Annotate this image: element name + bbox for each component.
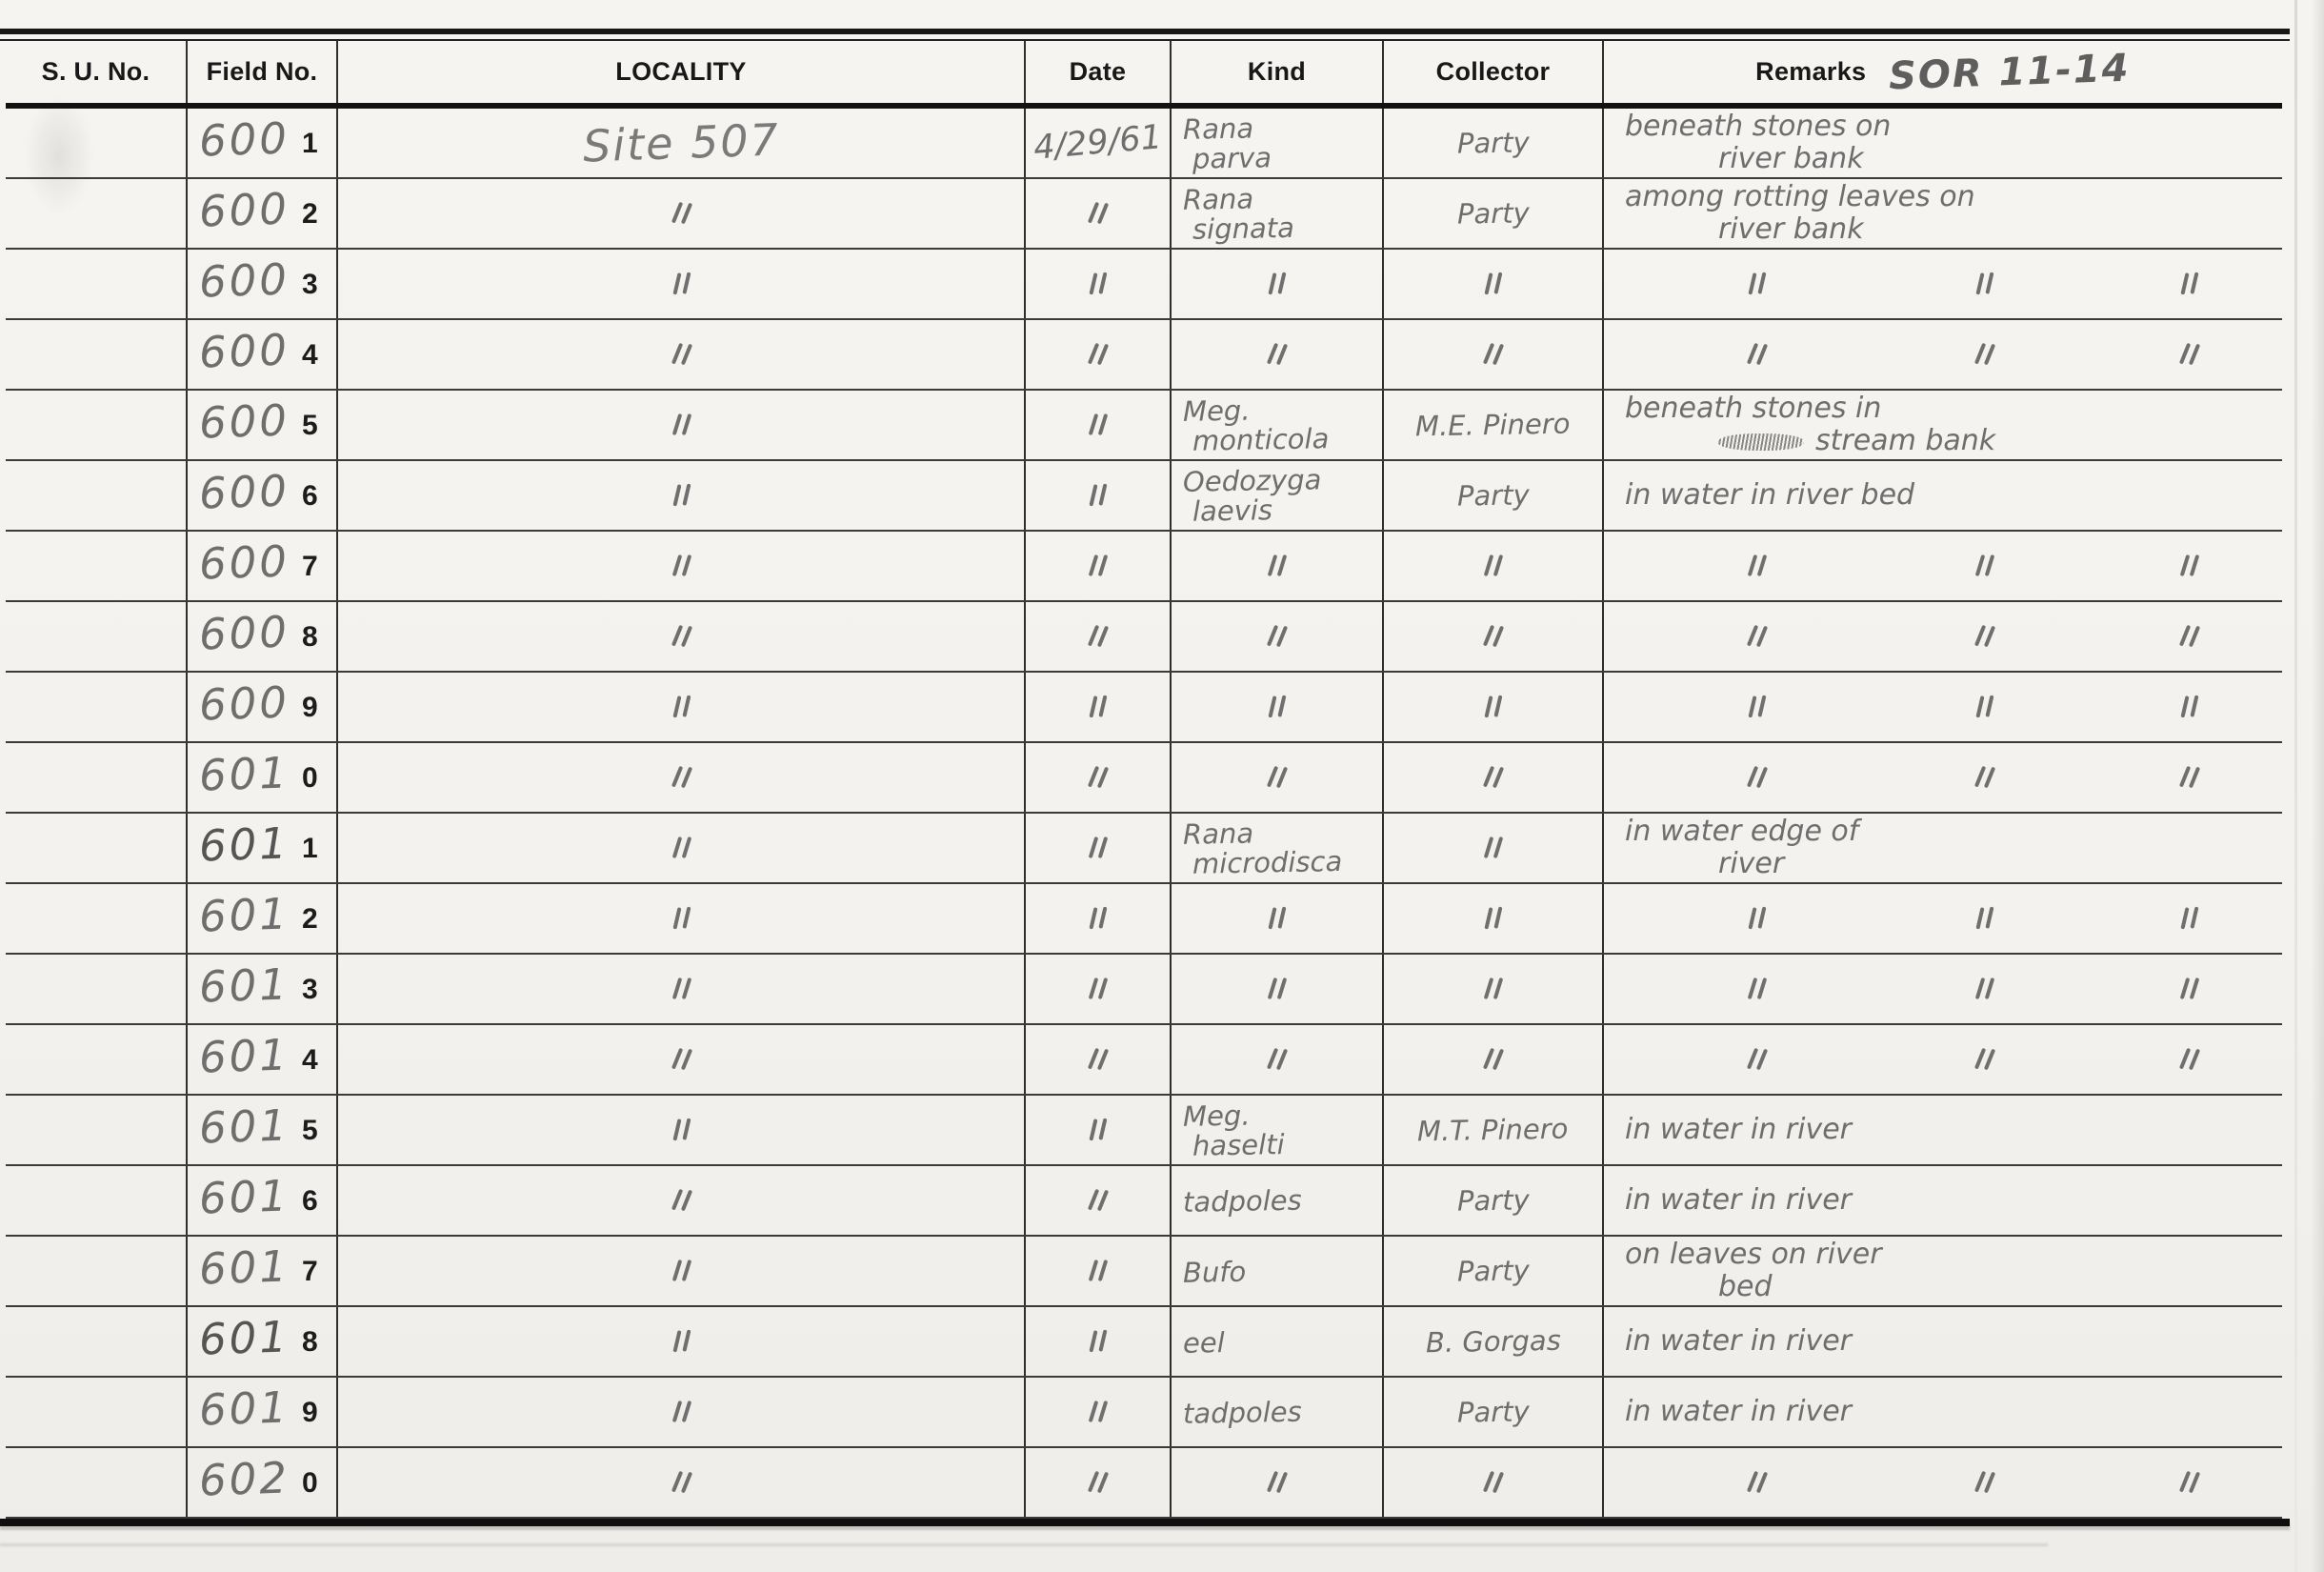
cell-kind <box>1172 320 1384 389</box>
ditto-mark <box>1974 623 1993 649</box>
cell-su-no <box>6 320 188 389</box>
field-number-printed-digit: 4 <box>302 1044 318 1077</box>
cell-date <box>1026 955 1172 1023</box>
ditto-mark <box>1089 764 1107 790</box>
field-number-printed-digit: 1 <box>302 833 318 865</box>
cell-kind <box>1172 1025 1384 1094</box>
cell-collector <box>1384 532 1604 600</box>
kind-entry-line: haselti <box>1192 1128 1383 1160</box>
ditto-mark <box>1089 1117 1107 1142</box>
catalog-table: S. U. No. Field No. LOCALITY Date Kind C… <box>6 41 2282 1526</box>
field-number-printed-digit: 3 <box>302 974 318 1006</box>
cell-su-no <box>6 461 188 530</box>
cell-collector <box>1384 884 1604 953</box>
cell-kind <box>1172 532 1384 600</box>
field-number-prefix: 601 <box>198 1174 290 1219</box>
cell-collector <box>1384 320 1604 389</box>
table-row: 6012 <box>6 884 2282 955</box>
field-number-prefix: 601 <box>198 962 290 1008</box>
cell-remarks: in water in river <box>1604 1307 2282 1376</box>
cell-su-no <box>6 602 188 671</box>
ditto-mark <box>1484 623 1502 649</box>
collector-entry: M.E. Pinero <box>1415 408 1571 443</box>
cell-field-no: 6018 <box>188 1307 338 1376</box>
remarks-entry-line: bed <box>1718 1271 2282 1303</box>
ditto-mark <box>1089 694 1107 719</box>
cell-date <box>1026 179 1172 248</box>
ditto-mark <box>1090 1259 1106 1283</box>
ditto-mark <box>1484 764 1502 790</box>
table-row: 6003 <box>6 250 2282 320</box>
cell-su-no <box>6 391 188 459</box>
cell-locality <box>338 1307 1026 1376</box>
cell-su-no <box>6 1025 188 1094</box>
header-locality-label: LOCALITY <box>615 57 746 87</box>
ditto-mark <box>1268 694 1286 719</box>
cell-date <box>1026 1378 1172 1446</box>
ditto-mark <box>1747 623 1765 649</box>
cell-field-no: 6013 <box>188 955 338 1023</box>
field-number-prefix: 602 <box>198 1456 290 1501</box>
table-row: 6019tadpolesPartyin water in river <box>6 1378 2282 1448</box>
cell-collector: Party <box>1384 109 1604 177</box>
ditto-mark <box>671 1046 690 1072</box>
field-number-prefix: 601 <box>198 1385 290 1431</box>
header-collector: Collector <box>1384 41 1604 103</box>
cell-locality <box>338 743 1026 812</box>
remarks-entry-line: among rotting leaves on <box>1625 181 2282 213</box>
ditto-mark <box>1089 1328 1107 1354</box>
cell-su-no <box>6 1096 188 1164</box>
ditto-mark <box>672 271 691 296</box>
ditto-mark <box>1975 271 1993 296</box>
ditto-mark <box>1268 764 1286 790</box>
field-number-prefix: 600 <box>198 680 290 726</box>
cell-kind <box>1172 1448 1384 1517</box>
kind-entry-line: Rana <box>1183 182 1383 215</box>
cell-collector: Party <box>1384 1166 1604 1235</box>
cell-locality <box>338 1237 1026 1305</box>
ditto-mark <box>1089 341 1107 367</box>
ditto-mark <box>1089 905 1107 931</box>
ditto-mark <box>1484 905 1502 931</box>
cell-remarks <box>1604 602 2282 671</box>
table-row: 6011Ranamicrodiscain water edge ofriver <box>6 814 2282 884</box>
cell-collector: M.T. Pinero <box>1384 1096 1604 1164</box>
cell-locality <box>338 1448 1026 1517</box>
cell-kind: tadpoles <box>1172 1166 1384 1235</box>
cell-field-no: 6004 <box>188 320 338 389</box>
remarks-entry-line: in water in river <box>1625 1396 2282 1428</box>
table-row: 6007 <box>6 532 2282 602</box>
cell-kind: Ranamicrodisca <box>1172 814 1384 882</box>
ditto-mark <box>671 200 690 226</box>
kind-entry-line: eel <box>1183 1325 1383 1359</box>
cell-collector: B. Gorgas <box>1384 1307 1604 1376</box>
remarks-entry-line: river <box>1718 848 2282 880</box>
cell-su-no <box>6 673 188 741</box>
remarks-entry-line: in water edge of <box>1625 816 2282 848</box>
remarks-entry-line: in water in river <box>1625 1325 2282 1358</box>
cell-su-no <box>6 532 188 600</box>
table-row: 6015Meg.haseltiM.T. Pineroin water in ri… <box>6 1096 2282 1166</box>
ditto-mark <box>1089 200 1107 226</box>
ditto-mark <box>1268 1469 1286 1495</box>
cell-kind <box>1172 602 1384 671</box>
cell-date <box>1026 461 1172 530</box>
ditto-mark <box>1974 1469 1993 1495</box>
remarks-entry-line: in water in river <box>1625 1114 2282 1146</box>
field-number-printed-digit: 5 <box>302 1115 318 1147</box>
ditto-mark <box>672 905 691 931</box>
ditto-mark <box>1268 905 1286 931</box>
cell-date <box>1026 673 1172 741</box>
field-number-prefix: 601 <box>198 821 290 867</box>
header-collector-label: Collector <box>1436 57 1551 87</box>
ditto-mark <box>2181 554 2197 578</box>
ditto-mark <box>1090 413 1106 437</box>
remarks-entry-line: on leaves on river <box>1625 1239 2282 1271</box>
cell-remarks <box>1604 320 2282 389</box>
cell-field-no: 6016 <box>188 1166 338 1235</box>
field-number-printed-digit: 4 <box>302 339 318 372</box>
table-rows: 6001Site 5074/29/61RanaparvaPartybeneath… <box>6 109 2282 1519</box>
table-row: 6006OedozygalaevisPartyin water in river… <box>6 461 2282 532</box>
cell-collector: M.E. Pinero <box>1384 391 1604 459</box>
field-number-printed-digit: 1 <box>302 128 318 160</box>
table-row: 6001Site 5074/29/61RanaparvaPartybeneath… <box>6 109 2282 179</box>
cell-field-no: 6020 <box>188 1448 338 1517</box>
table-row: 6016tadpolesPartyin water in river <box>6 1166 2282 1237</box>
cell-locality <box>338 602 1026 671</box>
cell-kind: Meg.monticola <box>1172 391 1384 459</box>
cell-remarks <box>1604 743 2282 812</box>
cell-collector <box>1384 602 1604 671</box>
field-number-printed-digit: 8 <box>302 621 318 654</box>
date-entry: 4/29/61 <box>1032 118 1164 168</box>
cell-date <box>1026 743 1172 812</box>
cell-locality <box>338 391 1026 459</box>
header-remarks: Remarks SOR 11-14 <box>1604 41 2282 103</box>
ditto-mark <box>1749 554 1765 578</box>
ditto-mark <box>671 1187 690 1213</box>
scan-artifact-line <box>0 1543 2048 1546</box>
field-number-printed-digit: 5 <box>302 410 318 442</box>
header-locality: LOCALITY <box>338 41 1026 103</box>
cell-date <box>1026 602 1172 671</box>
kind-entry-line: Bufo <box>1183 1255 1383 1288</box>
ditto-mark <box>1090 836 1106 860</box>
cell-date <box>1026 1096 1172 1164</box>
cell-collector <box>1384 673 1604 741</box>
kind-entry-line: Rana <box>1183 111 1383 145</box>
ditto-mark <box>1484 1469 1502 1495</box>
cell-field-no: 6006 <box>188 461 338 530</box>
cell-field-no: 6005 <box>188 391 338 459</box>
field-number-prefix: 601 <box>198 1103 290 1149</box>
cell-field-no: 6015 <box>188 1096 338 1164</box>
ditto-mark <box>671 764 690 790</box>
cell-collector <box>1384 743 1604 812</box>
cell-locality: Site 507 <box>338 109 1026 177</box>
cell-locality <box>338 884 1026 953</box>
header-field-no-label: Field No. <box>207 57 318 87</box>
cell-su-no <box>6 1237 188 1305</box>
cell-date <box>1026 532 1172 600</box>
cell-remarks: among rotting leaves onriver bank <box>1604 179 2282 248</box>
cell-field-no: 6010 <box>188 743 338 812</box>
cell-collector: Party <box>1384 179 1604 248</box>
cell-field-no: 6019 <box>188 1378 338 1446</box>
ditto-mark <box>1089 271 1107 296</box>
ditto-mark <box>1089 623 1107 649</box>
top-rule-thick <box>0 29 2290 34</box>
cell-remarks <box>1604 884 2282 953</box>
collector-entry: B. Gorgas <box>1425 1324 1560 1359</box>
ditto-mark <box>1976 554 1993 578</box>
collector-entry: M.T. Pinero <box>1417 1113 1569 1148</box>
field-number-printed-digit: 9 <box>302 692 318 724</box>
ditto-mark <box>673 413 690 437</box>
cell-kind: Ranaparva <box>1172 109 1384 177</box>
ditto-mark <box>1089 1046 1107 1072</box>
cell-field-no: 6003 <box>188 250 338 318</box>
table-row: 6008 <box>6 602 2282 673</box>
field-number-prefix: 600 <box>198 328 290 373</box>
field-number-printed-digit: 2 <box>302 198 318 231</box>
cell-su-no <box>6 179 188 248</box>
ditto-mark <box>1974 1046 1993 1072</box>
cell-remarks: in water edge ofriver <box>1604 814 2282 882</box>
ditto-mark <box>1268 341 1286 367</box>
cell-locality <box>338 532 1026 600</box>
ditto-mark <box>1484 694 1502 719</box>
cell-collector <box>1384 1448 1604 1517</box>
cell-kind <box>1172 743 1384 812</box>
ditto-mark <box>1485 836 1501 860</box>
kind-entry-line: Meg. <box>1183 1098 1383 1132</box>
ditto-mark <box>2180 271 2198 296</box>
cell-date <box>1026 1166 1172 1235</box>
paper-crease <box>2294 0 2297 1572</box>
ditto-mark <box>1485 554 1501 578</box>
cell-field-no: 6002 <box>188 179 338 248</box>
cell-su-no <box>6 814 188 882</box>
field-number-prefix: 601 <box>198 892 290 937</box>
ditto-mark <box>1268 623 1286 649</box>
cell-su-no <box>6 109 188 177</box>
ditto-mark <box>672 1117 691 1142</box>
ditto-mark <box>1268 1046 1286 1072</box>
cell-date <box>1026 1025 1172 1094</box>
cell-date <box>1026 814 1172 882</box>
cell-kind: Meg.haselti <box>1172 1096 1384 1164</box>
cell-su-no <box>6 250 188 318</box>
ditto-mark <box>671 1469 690 1495</box>
cell-remarks: on leaves on riverbed <box>1604 1237 2282 1305</box>
cell-field-no: 6008 <box>188 602 338 671</box>
field-number-prefix: 600 <box>198 257 290 303</box>
field-number-printed-digit: 9 <box>302 1397 318 1429</box>
ditto-mark <box>1268 271 1286 296</box>
cell-kind <box>1172 884 1384 953</box>
cell-kind <box>1172 250 1384 318</box>
field-number-printed-digit: 6 <box>302 1185 318 1218</box>
cell-field-no: 6012 <box>188 884 338 953</box>
field-number-printed-digit: 7 <box>302 551 318 583</box>
cell-locality <box>338 955 1026 1023</box>
table-row: 6014 <box>6 1025 2282 1096</box>
header-su-no-label: S. U. No. <box>42 57 150 87</box>
cell-remarks <box>1604 673 2282 741</box>
ditto-mark <box>1749 977 1765 1001</box>
cell-su-no <box>6 1448 188 1517</box>
cell-locality <box>338 1378 1026 1446</box>
field-number-printed-digit: 2 <box>302 903 318 936</box>
field-number-printed-digit: 7 <box>302 1256 318 1288</box>
cell-locality <box>338 1096 1026 1164</box>
ditto-mark <box>1090 1400 1106 1424</box>
cell-locality <box>338 1025 1026 1094</box>
cell-remarks <box>1604 955 2282 1023</box>
ditto-mark <box>2179 623 2197 649</box>
ditto-mark <box>1974 764 1993 790</box>
cell-remarks: beneath stones onriver bank <box>1604 109 2282 177</box>
table-row: 6018eelB. Gorgasin water in river <box>6 1307 2282 1378</box>
ditto-mark <box>2181 977 2197 1001</box>
field-number-printed-digit: 0 <box>302 1467 318 1500</box>
ditto-mark <box>1269 554 1285 578</box>
cell-remarks <box>1604 1448 2282 1517</box>
cell-su-no <box>6 884 188 953</box>
cell-locality <box>338 1166 1026 1235</box>
kind-entry-line: laevis <box>1192 494 1383 526</box>
ditto-mark <box>1748 694 1766 719</box>
kind-entry-line: Meg. <box>1183 393 1383 427</box>
cell-su-no <box>6 1166 188 1235</box>
collector-entry: Party <box>1456 478 1529 512</box>
table-header-row: S. U. No. Field No. LOCALITY Date Kind C… <box>6 41 2282 109</box>
cell-date <box>1026 1448 1172 1517</box>
kind-entry-line: parva <box>1192 141 1383 173</box>
struck-out-word <box>1718 433 1804 451</box>
ditto-mark <box>1089 1469 1107 1495</box>
ditto-mark <box>1485 977 1501 1001</box>
ditto-mark <box>672 694 691 719</box>
cell-collector <box>1384 955 1604 1023</box>
kind-entry-line: tadpoles <box>1183 1184 1383 1218</box>
ditto-mark <box>1975 694 1993 719</box>
collector-entry: Party <box>1456 1395 1529 1428</box>
ditto-mark <box>2179 341 2197 367</box>
cell-date <box>1026 320 1172 389</box>
field-number-prefix: 600 <box>198 398 290 444</box>
header-field-no: Field No. <box>188 41 338 103</box>
cell-remarks: in water in river <box>1604 1166 2282 1235</box>
table-row: 6004 <box>6 320 2282 391</box>
table-row: 6009 <box>6 673 2282 743</box>
header-kind-label: Kind <box>1248 57 1306 87</box>
cell-field-no: 6014 <box>188 1025 338 1094</box>
cell-field-no: 6017 <box>188 1237 338 1305</box>
ditto-mark <box>2180 694 2198 719</box>
ditto-mark <box>1484 271 1502 296</box>
ditto-mark <box>1748 905 1766 931</box>
kind-entry-line: tadpoles <box>1183 1396 1383 1429</box>
cell-collector: Party <box>1384 1378 1604 1446</box>
cell-date <box>1026 391 1172 459</box>
cell-kind <box>1172 673 1384 741</box>
field-number-prefix: 600 <box>198 469 290 514</box>
cell-su-no <box>6 1307 188 1376</box>
kind-entry-line: microdisca <box>1192 846 1383 878</box>
ditto-mark <box>2179 1046 2197 1072</box>
cell-kind: eel <box>1172 1307 1384 1376</box>
cell-collector: Party <box>1384 461 1604 530</box>
table-row: 6005Meg.monticolaM.E. Pinerobeneath ston… <box>6 391 2282 461</box>
field-number-prefix: 600 <box>198 116 290 162</box>
remarks-header-annotation: SOR 11-14 <box>1889 46 2132 98</box>
field-number-prefix: 601 <box>198 1315 290 1360</box>
cell-collector <box>1384 250 1604 318</box>
cell-kind: Oedozygalaevis <box>1172 461 1384 530</box>
ditto-mark <box>1269 977 1285 1001</box>
kind-entry-line: monticola <box>1192 423 1383 455</box>
ditto-mark <box>671 341 690 367</box>
remarks-entry-line: in water in river <box>1625 1184 2282 1217</box>
ditto-mark <box>673 554 690 578</box>
ditto-mark <box>673 836 690 860</box>
header-remarks-label: Remarks <box>1755 57 1866 87</box>
ditto-mark <box>1090 554 1106 578</box>
scan-edge-shadow <box>2311 0 2324 1572</box>
header-kind: Kind <box>1172 41 1384 103</box>
field-number-printed-digit: 0 <box>302 762 318 795</box>
cell-collector: Party <box>1384 1237 1604 1305</box>
ditto-mark <box>672 1328 691 1354</box>
ditto-mark <box>1975 905 1993 931</box>
ditto-mark <box>2179 764 2197 790</box>
cell-remarks <box>1604 250 2282 318</box>
kind-entry-line: Rana <box>1183 816 1383 850</box>
field-number-printed-digit: 8 <box>302 1326 318 1359</box>
cell-date <box>1026 1307 1172 1376</box>
cell-locality <box>338 461 1026 530</box>
field-number-printed-digit: 6 <box>302 480 318 513</box>
cell-locality <box>338 673 1026 741</box>
ditto-mark <box>1974 341 1993 367</box>
field-number-prefix: 600 <box>198 610 290 655</box>
field-number-prefix: 600 <box>198 539 290 585</box>
ditto-mark <box>1748 271 1766 296</box>
field-number-prefix: 601 <box>198 1033 290 1078</box>
ditto-mark <box>1747 764 1765 790</box>
field-number-prefix: 600 <box>198 187 290 232</box>
cell-su-no <box>6 955 188 1023</box>
ditto-mark <box>672 482 691 508</box>
cell-field-no: 6007 <box>188 532 338 600</box>
cell-remarks <box>1604 1025 2282 1094</box>
ditto-mark <box>673 1400 690 1424</box>
cell-field-no: 6001 <box>188 109 338 177</box>
field-number-prefix: 601 <box>198 1244 290 1290</box>
remarks-entry-line: in water in river bed <box>1625 479 2282 512</box>
kind-entry-line: Oedozyga <box>1183 464 1383 497</box>
field-number-printed-digit: 3 <box>302 269 318 301</box>
cell-field-no: 6009 <box>188 673 338 741</box>
ditto-mark <box>673 1259 690 1283</box>
kind-entry-line: signata <box>1192 212 1383 244</box>
